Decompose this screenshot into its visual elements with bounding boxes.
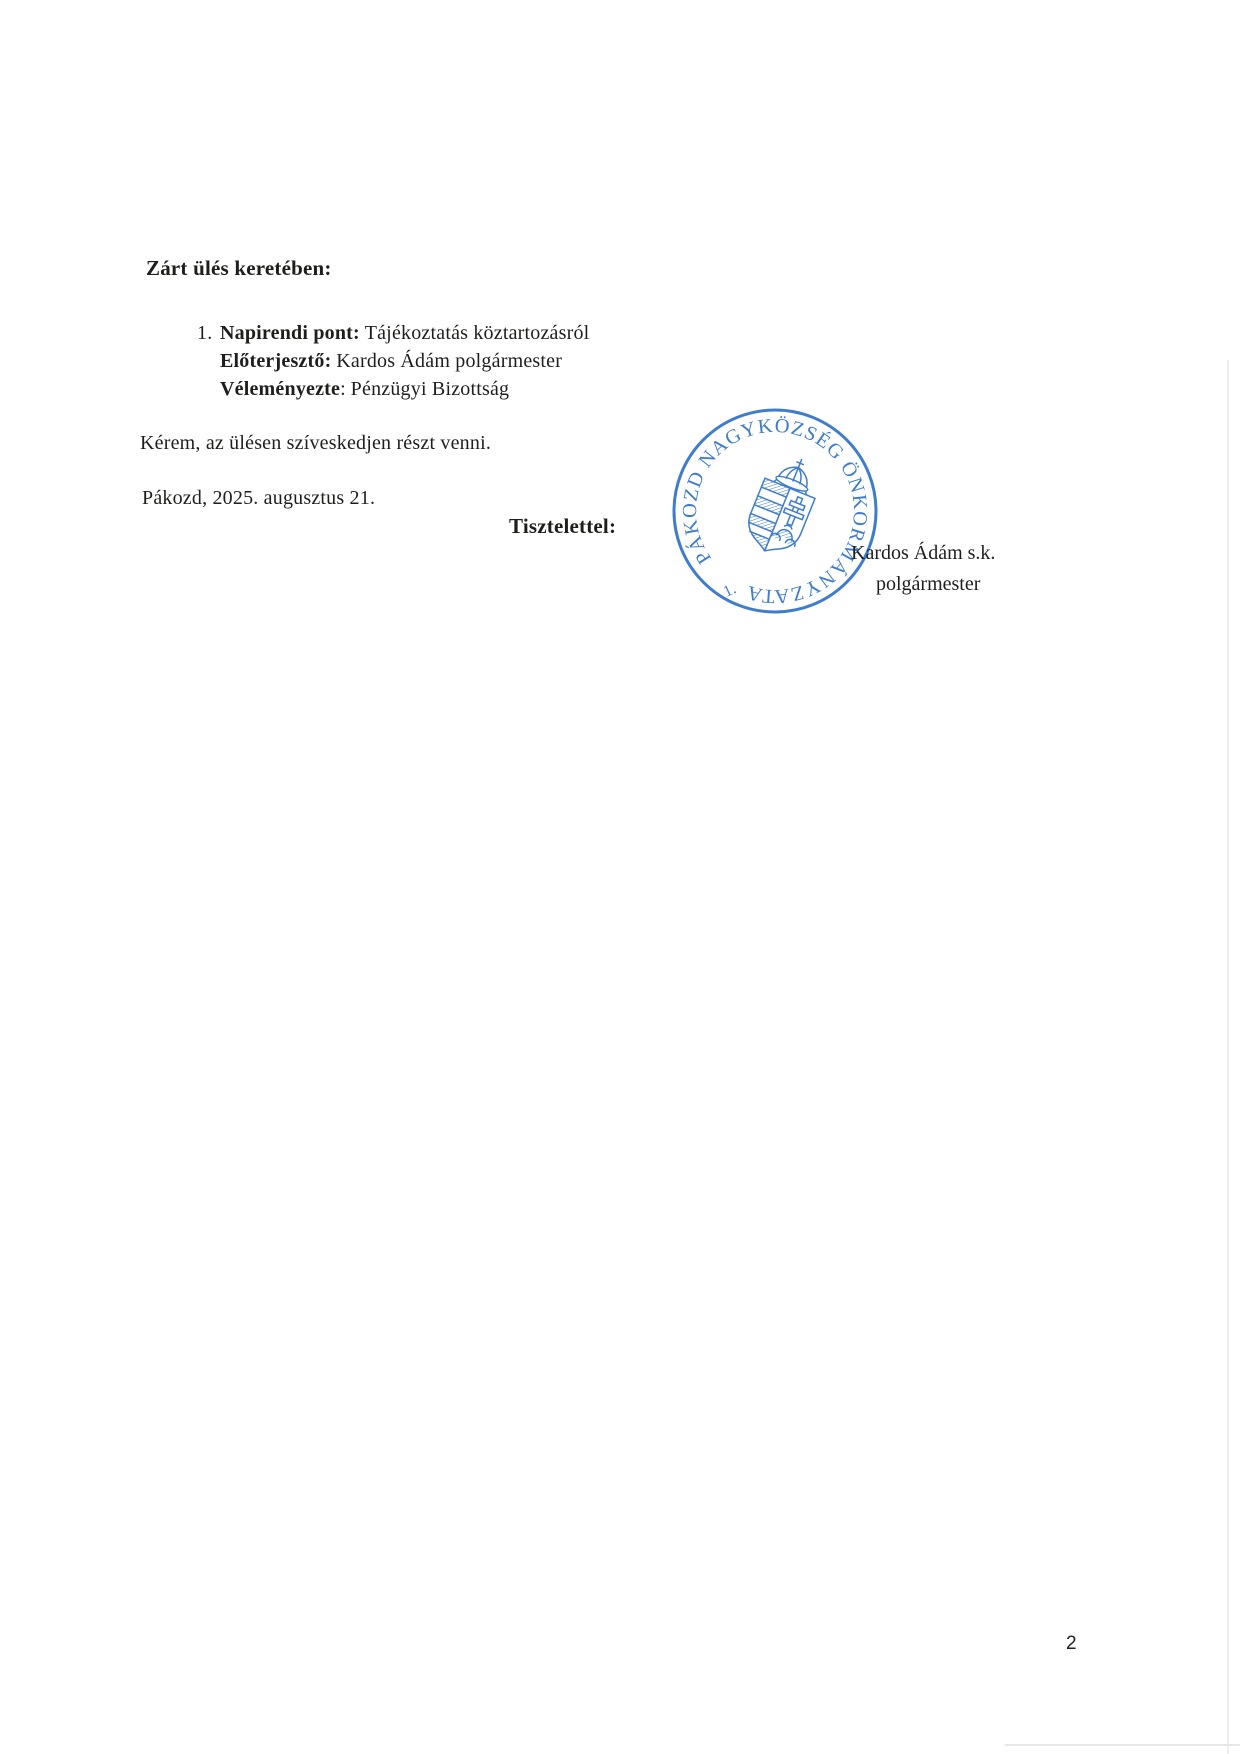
invitation-line: Kérem, az ülésen szíveskedjen részt venn…	[140, 432, 491, 455]
agenda-line-3: Véleményezte:Pénzügyi Bizottság	[220, 378, 509, 401]
signatory-name: Kardos Ádám s.k.	[851, 542, 995, 565]
agenda-point-label: Napirendi pont:	[220, 322, 360, 344]
document-page: Zárt ülés keretében: 1.Napirendi pont:Tá…	[0, 0, 1240, 1754]
date-line: Pákozd, 2025. augusztus 21.	[142, 487, 375, 510]
presenter-label: Előterjesztő:	[220, 350, 331, 372]
coat-of-arms-icon	[739, 449, 826, 561]
agenda-point-value: Tájékoztatás köztartozásról	[365, 322, 590, 344]
reviewer-colon: :	[340, 378, 346, 400]
signatory-title: polgármester	[876, 573, 980, 596]
agenda-line-1: 1.Napirendi pont:Tájékoztatás köztartozá…	[197, 322, 589, 345]
page-number: 2	[1066, 1633, 1077, 1655]
official-stamp: PÁKOZD NAGYKÖZSÉG ÖNKORMÁNYZATA 1.	[640, 372, 930, 662]
presenter-value: Kardos Ádám polgármester	[336, 350, 562, 372]
reviewer-value: Pénzügyi Bizottság	[351, 378, 510, 400]
closing-salutation: Tisztelettel:	[509, 514, 616, 539]
scan-artifact-bottom-edge	[1005, 1744, 1240, 1746]
agenda-number: 1.	[197, 322, 220, 345]
scan-artifact-right-edge	[1227, 360, 1229, 1754]
reviewer-label: Véleményezte	[220, 378, 340, 400]
section-title: Zárt ülés keretében:	[146, 256, 332, 281]
agenda-line-2: Előterjesztő:Kardos Ádám polgármester	[220, 350, 562, 373]
